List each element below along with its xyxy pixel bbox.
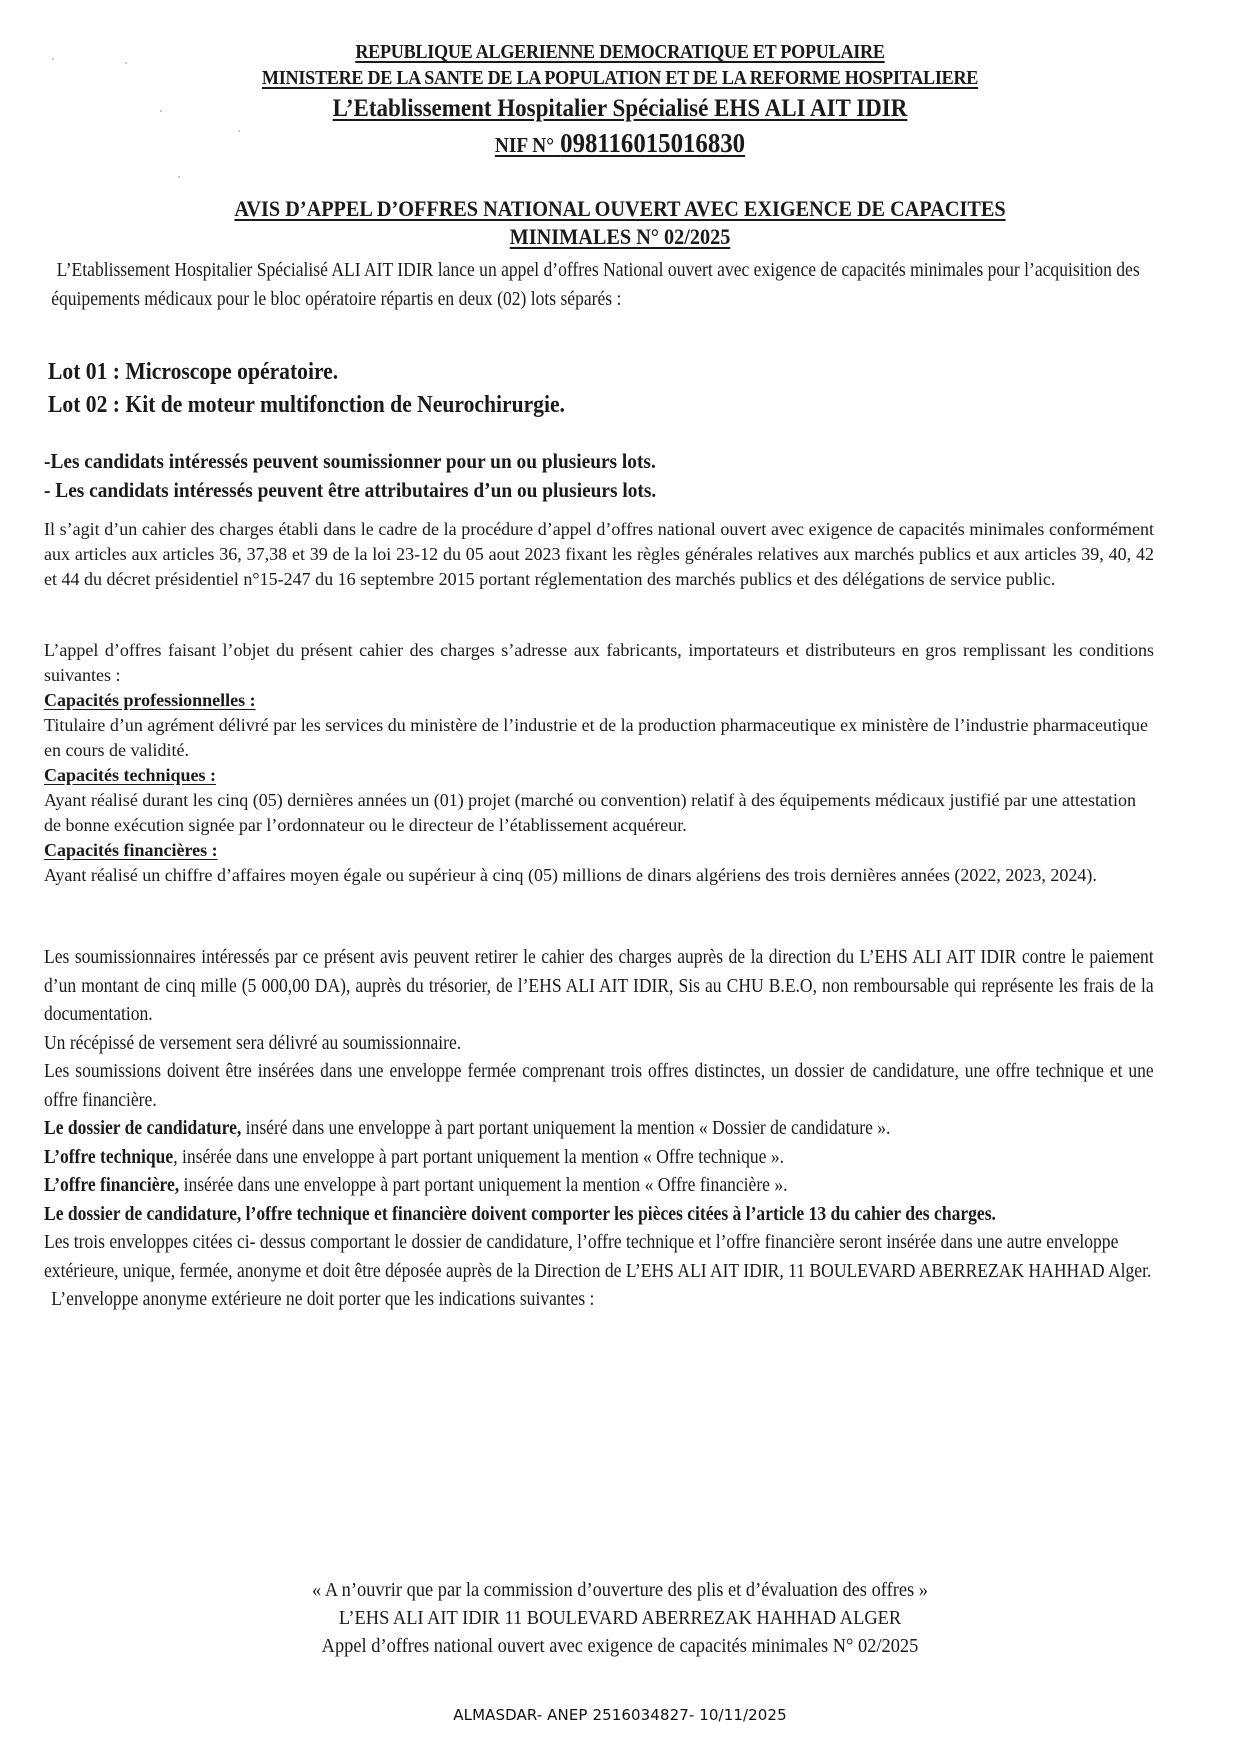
lots-list: Lot 01 : Microscope opératoire. Lot 02 :… xyxy=(48,356,565,422)
header-ministry: MINISTERE DE LA SANTE DE LA POPULATION E… xyxy=(43,68,1196,90)
envelope-mention: L’EHS ALI AIT IDIR 11 BOULEVARD ABERREZA… xyxy=(50,1604,1191,1632)
publication-reference: ALMASDAR- ANEP 2516034827- 10/11/2025 xyxy=(0,1706,1240,1724)
eligibility-section: L’appel d’offres faisant l’objet du prés… xyxy=(44,638,1154,888)
outer-envelope-intro: L’enveloppe anonyme extérieure ne doit p… xyxy=(44,1286,1154,1315)
legal-paragraph: Il s’agit d’un cahier des charges établi… xyxy=(44,517,1154,592)
nif-number: 098116015016830 xyxy=(560,128,745,158)
capacity-heading: Capacités techniques : xyxy=(44,763,1154,788)
bidding-rule: - Les candidats intéressés peuvent être … xyxy=(44,476,656,505)
nif-label: NIF N° xyxy=(495,133,554,157)
envelopes-text: Les trois enveloppes citées ci- dessus c… xyxy=(44,1229,1154,1286)
intro-paragraph: L’Etablissement Hospitalier Spécialisé A… xyxy=(44,257,1154,314)
dossier-candidature-text: Le dossier de candidature, inséré dans u… xyxy=(44,1115,1154,1144)
notice-title-line2: MINIMALES N° 02/2025 xyxy=(50,224,1191,250)
notice-title-line1: AVIS D’APPEL D’OFFRES NATIONAL OUVERT AV… xyxy=(50,196,1191,222)
envelope-mention: « A n’ouvrir que par la commission d’ouv… xyxy=(50,1576,1191,1604)
envelope-mention: Appel d’offres national ouvert avec exig… xyxy=(50,1632,1191,1660)
bidding-rules: -Les candidats intéressés peuvent soumis… xyxy=(44,447,656,505)
envelope-mentions: « A n’ouvrir que par la commission d’ouv… xyxy=(0,1576,1240,1660)
lot-item: Lot 02 : Kit de moteur multifonction de … xyxy=(48,389,565,422)
scan-speck xyxy=(178,176,180,178)
offre-financiere-text: L’offre financière, insérée dans une env… xyxy=(44,1172,1154,1201)
receipt-text: Un récépissé de versement sera délivré a… xyxy=(44,1030,1154,1059)
offre-technique-text: L’offre technique, insérée dans une enve… xyxy=(44,1144,1154,1173)
lot-item: Lot 01 : Microscope opératoire. xyxy=(48,356,565,389)
submission-section: Les soumissionnaires intéressés par ce p… xyxy=(44,944,1154,1315)
submissions-text: Les soumissions doivent être insérées da… xyxy=(44,1058,1154,1115)
article-13-text: Le dossier de candidature, l’offre techn… xyxy=(44,1201,1154,1230)
capacity-heading: Capacités professionnelles : xyxy=(44,688,1154,713)
withdrawal-text: Les soumissionnaires intéressés par ce p… xyxy=(44,944,1154,1030)
tender-notice-page: REPUBLIQUE ALGERIENNE DEMOCRATIQUE ET PO… xyxy=(0,0,1240,1754)
capacity-text: Ayant réalisé durant les cinq (05) derni… xyxy=(44,788,1154,838)
header-nif: NIF N° 098116015016830 xyxy=(50,128,1191,159)
capacity-heading: Capacités financières : xyxy=(44,838,1154,863)
capacity-text: Ayant réalisé un chiffre d’affaires moye… xyxy=(44,863,1154,888)
bidding-rule: -Les candidats intéressés peuvent soumis… xyxy=(44,447,656,476)
capacity-text: Titulaire d’un agrément délivré par les … xyxy=(44,713,1154,763)
header-establishment: L’Etablissement Hospitalier Spécialisé E… xyxy=(50,95,1191,123)
header-republic: REPUBLIQUE ALGERIENNE DEMOCRATIQUE ET PO… xyxy=(43,42,1196,64)
